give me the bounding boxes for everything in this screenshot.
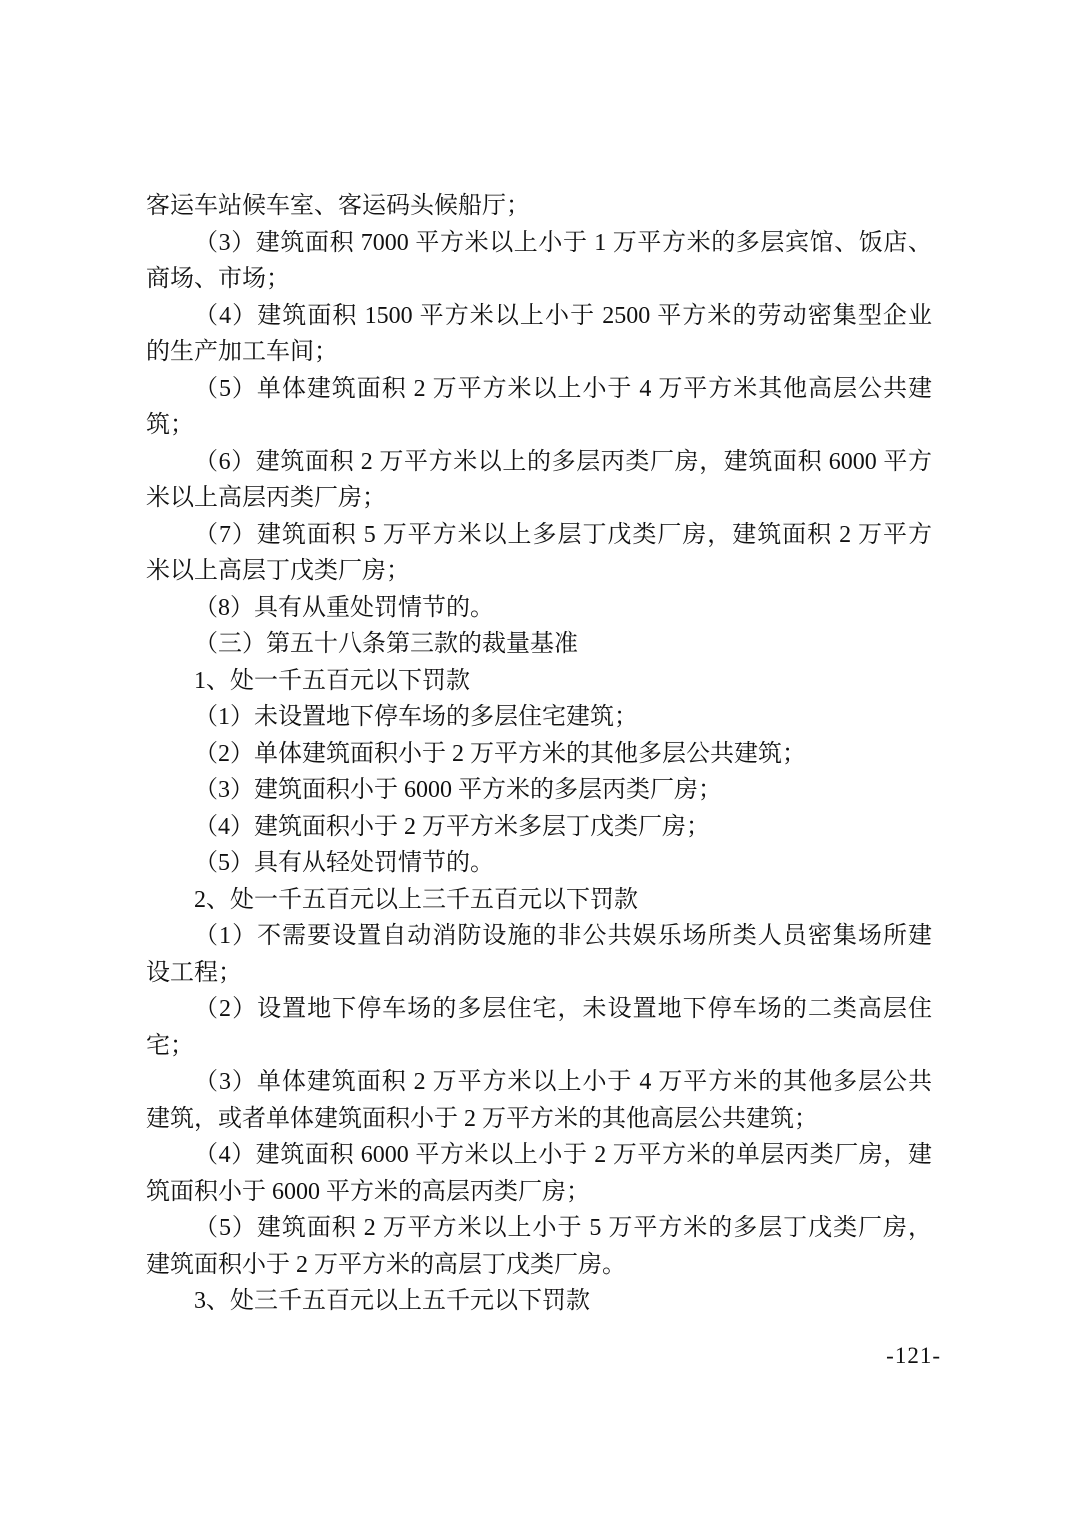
text-line: 建筑，或者单体建筑面积小于 2 万平方米的其他高层公共建筑； [146, 1101, 932, 1138]
text-line: （2）设置地下停车场的多层住宅，未设置地下停车场的二类高层住 [146, 991, 932, 1028]
text-line: 的生产加工车间； [146, 334, 932, 371]
text-line: （2）单体建筑面积小于 2 万平方米的其他多层公共建筑； [146, 736, 932, 773]
text-line: （6）建筑面积 2 万平方米以上的多层丙类厂房，建筑面积 6000 平方 [146, 444, 932, 481]
text-line: 设工程； [146, 955, 932, 992]
text-line: （三）第五十八条第三款的裁量基准 [146, 626, 932, 663]
text-line: （3）单体建筑面积 2 万平方米以上小于 4 万平方米的其他多层公共 [146, 1064, 932, 1101]
text-line: 米以上高层丙类厂房； [146, 480, 932, 517]
text-line: （5）单体建筑面积 2 万平方米以上小于 4 万平方米其他高层公共建 [146, 371, 932, 408]
text-line: 2、处一千五百元以上三千五百元以下罚款 [146, 882, 932, 919]
text-line: 筑； [146, 407, 932, 444]
text-line: （8）具有从重处罚情节的。 [146, 590, 932, 627]
text-line: 建筑面积小于 2 万平方米的高层丁戊类厂房。 [146, 1247, 932, 1284]
text-line: （3）建筑面积 7000 平方米以上小于 1 万平方米的多层宾馆、饭店、 [146, 225, 932, 262]
text-line: （7）建筑面积 5 万平方米以上多层丁戊类厂房，建筑面积 2 万平方 [146, 517, 932, 554]
text-line: 1、处一千五百元以下罚款 [146, 663, 932, 700]
text-line: 3、处三千五百元以上五千元以下罚款 [146, 1283, 932, 1320]
text-line: （4）建筑面积 1500 平方米以上小于 2500 平方米的劳动密集型企业 [146, 298, 932, 335]
text-line: （4）建筑面积 6000 平方米以上小于 2 万平方米的单层丙类厂房，建 [146, 1137, 932, 1174]
document-page: 客运车站候车室、客运码头候船厅；（3）建筑面积 7000 平方米以上小于 1 万… [0, 0, 1075, 1520]
text-line: 筑面积小于 6000 平方米的高层丙类厂房； [146, 1174, 932, 1211]
text-line: 客运车站候车室、客运码头候船厅； [146, 188, 932, 225]
text-line: （1）未设置地下停车场的多层住宅建筑； [146, 699, 932, 736]
text-line: 米以上高层丁戊类厂房； [146, 553, 932, 590]
document-body: 客运车站候车室、客运码头候船厅；（3）建筑面积 7000 平方米以上小于 1 万… [146, 188, 932, 1320]
text-line: 宅； [146, 1028, 932, 1065]
text-line: （5）具有从轻处罚情节的。 [146, 845, 932, 882]
text-line: （4）建筑面积小于 2 万平方米多层丁戊类厂房； [146, 809, 932, 846]
text-line: 商场、市场； [146, 261, 932, 298]
text-line: （5）建筑面积 2 万平方米以上小于 5 万平方米的多层丁戊类厂房， [146, 1210, 932, 1247]
page-number: -121- [886, 1340, 941, 1372]
text-line: （3）建筑面积小于 6000 平方米的多层丙类厂房； [146, 772, 932, 809]
text-line: （1）不需要设置自动消防设施的非公共娱乐场所类人员密集场所建 [146, 918, 932, 955]
